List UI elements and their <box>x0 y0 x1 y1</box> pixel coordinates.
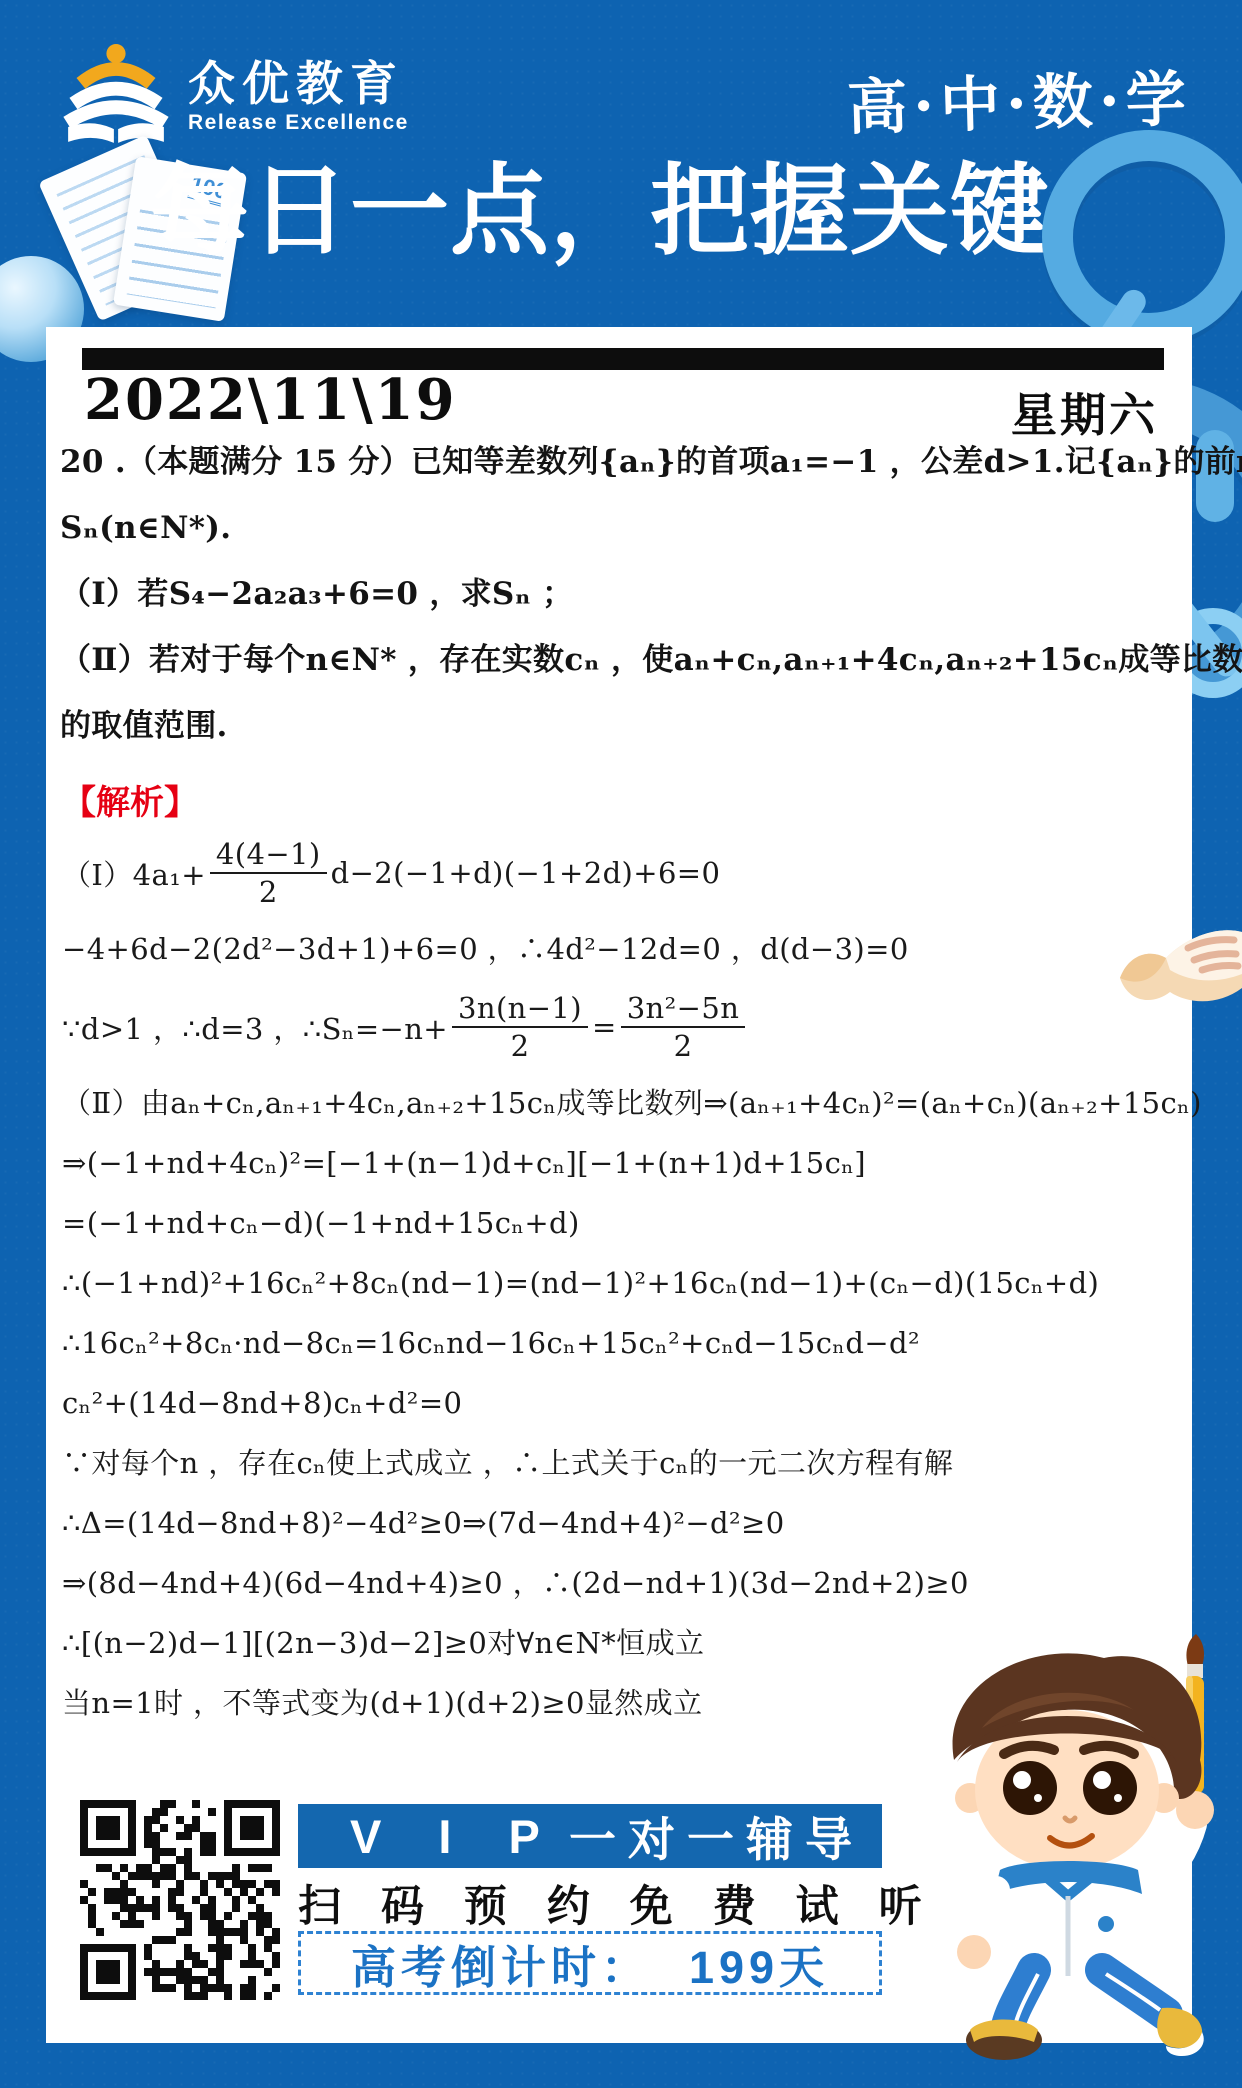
solution-line: ∵d>1 ，∴d=3 ，∴Sₙ=−n+ 3n(n−1) 2 = 3n²−5n 2 <box>62 981 1178 1073</box>
gaokao-countdown: 高考倒计时： 199天 <box>298 1931 882 1995</box>
scan-cta-label: 扫 码 预 约 免 费 试 听 <box>298 1873 882 1934</box>
qr-code[interactable] <box>80 1800 280 2000</box>
problem-line: （Ⅱ）若对于每个n∈N* ，存在实数cₙ ，使aₙ+cₙ,aₙ₊₁+4cₙ,aₙ… <box>60 627 1178 693</box>
vip-banner: V I P 一对一辅导 <box>298 1804 882 1868</box>
vip-tutoring-label: 一对一辅导 <box>569 1803 882 1870</box>
gear-ring-decoration <box>1042 130 1242 344</box>
solution-line: ⇒(8d−4nd+4)(6d−4nd+4)≥0 ，∴(2d−nd+1)(3d−2… <box>62 1553 1178 1613</box>
solution-line: ∵对每个n ，存在cₙ使上式成立 ，∴上式关于cₙ的一元二次方程有解 <box>62 1433 1178 1493</box>
fraction: 3n²−5n 2 <box>621 990 746 1065</box>
fraction: 4(4−1) 2 <box>210 836 327 911</box>
problem-line: （Ⅰ）若S₄−2a₂a₃+6=0 ，求Sₙ ； <box>60 561 1178 627</box>
vip-label: V I P <box>298 1809 562 1864</box>
solution-line: =(−1+nd+cₙ−d)(−1+nd+15cₙ+d) <box>62 1193 1178 1253</box>
solution-line: ∴Δ=(14d−8nd+8)²−4d²≥0⇒(7d−4nd+4)²−d²≥0 <box>62 1493 1178 1553</box>
mascot-illustration <box>862 1632 1242 2072</box>
solution-line: ∴16cₙ²+8cₙ·nd−8cₙ=16cₙnd−16cₙ+15cₙ²+cₙd−… <box>62 1313 1178 1373</box>
problem-line: 的取值范围. <box>60 693 1178 759</box>
solution-line: cₙ²+(14d−8nd+8)cₙ+d²=0 <box>62 1373 1178 1433</box>
brand-name: 众优教育 <box>188 58 409 110</box>
solution-steps: （Ⅰ）4a₁+ 4(4−1) 2 d−2(−1+d)(−1+2d)+6=0 −4… <box>62 827 1178 1733</box>
countdown-value: 199天 <box>689 1931 829 1996</box>
page-title: 每日一点，把握关键 <box>150 132 1050 274</box>
solution-line: （Ⅰ）4a₁+ 4(4−1) 2 d−2(−1+d)(−1+2d)+6=0 <box>62 827 1178 919</box>
problem-line: Sₙ(n∈N*). <box>60 495 1178 561</box>
solution-line: ⇒(−1+nd+4cₙ)²=[−1+(n−1)d+cₙ][−1+(n+1)d+1… <box>62 1133 1178 1193</box>
solution-line: （Ⅱ）由aₙ+cₙ,aₙ₊₁+4cₙ,aₙ₊₂+15cₙ成等比数列⇒(aₙ₊₁+… <box>62 1073 1178 1133</box>
curled-paper-decoration <box>1118 918 1242 1036</box>
problem-statement: 20 .（本题满分 15 分）已知等差数列{aₙ}的首项a₁=−1 ，公差d>1… <box>60 429 1178 759</box>
date-label: 2022\11\19 <box>84 367 457 433</box>
solution-line: ∴(−1+nd)²+16cₙ²+8cₙ(nd−1)=(nd−1)²+16cₙ(n… <box>62 1253 1178 1313</box>
solution-line: −4+6d−2(2d²−3d+1)+6=0 ，∴4d²−12d=0 ，d(d−3… <box>62 919 1178 981</box>
problem-line: 20 .（本题满分 15 分）已知等差数列{aₙ}的首项a₁=−1 ，公差d>1… <box>60 429 1178 495</box>
analysis-label: 【解析】 <box>62 775 198 824</box>
countdown-label: 高考倒计时： <box>351 1931 651 1996</box>
fraction: 3n(n−1) 2 <box>452 990 588 1065</box>
